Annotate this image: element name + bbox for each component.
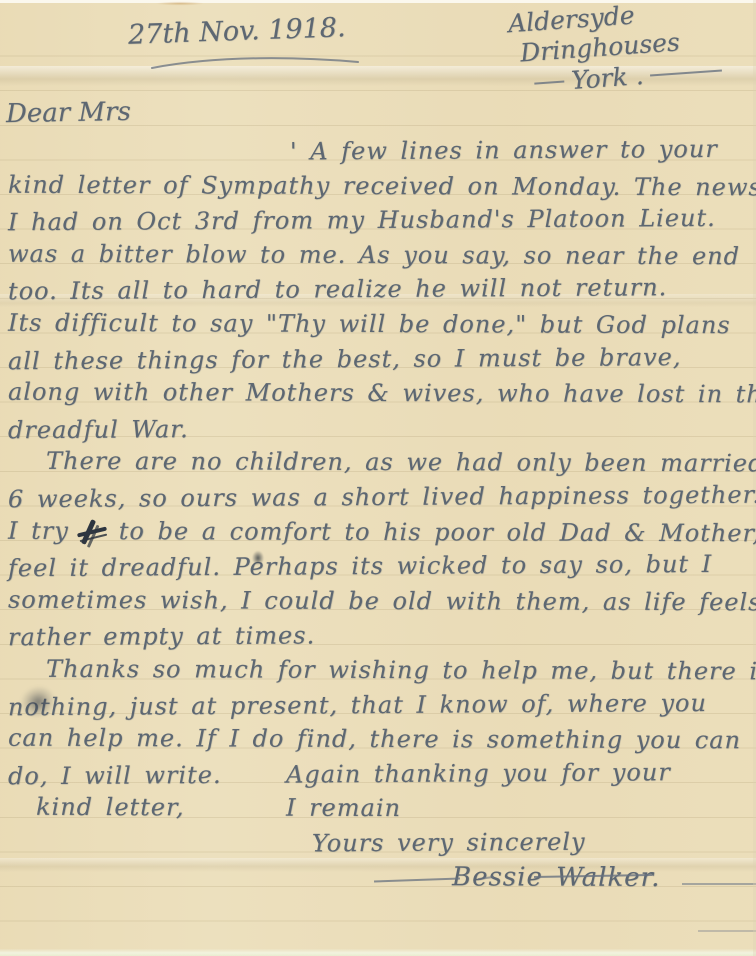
signature-flourish: [374, 874, 660, 886]
letter-line: I tryto be a comfort to his poor old Dad…: [8, 513, 750, 550]
closing-left: kind letter,: [36, 793, 185, 822]
letter-line: 6 weeks, so ours was a short lived happi…: [8, 478, 750, 517]
closing-line: do, I will write. Again thanking you for…: [8, 754, 750, 793]
flourish-dash: [534, 80, 564, 84]
letter-line: Thanks so much for wishing to help me, b…: [8, 652, 750, 689]
closing-line: kind letter, I remain: [8, 790, 750, 827]
letter-date: 27th Nov. 1918.: [128, 12, 347, 51]
letter-line: sometimes wish, I could be old with them…: [8, 582, 750, 619]
letter-line: rather empty at times.: [8, 616, 750, 655]
letter-line: ' A few lines in answer to your: [8, 132, 750, 171]
letter-line: dreadful War.: [8, 408, 750, 447]
letter-line: There are no children, as we had only be…: [8, 444, 750, 481]
letter-line: nothing, just at present, that I know of…: [8, 685, 750, 724]
letter-line: all these things for the best, so I must…: [8, 339, 750, 378]
address-city: York .: [570, 61, 644, 95]
closing-right: I remain: [286, 791, 401, 826]
letter-line: was a bitter blow to me. As you say, so …: [8, 236, 750, 273]
letter-line: can help me. If I do find, there is some…: [8, 721, 750, 758]
paper-stain: [150, 1, 210, 6]
date-underline-flourish: [150, 52, 362, 72]
flourish-dash: [478, 876, 494, 880]
crossed-out-word: [73, 520, 111, 542]
sender-address: Aldersyde Dringhouses York .: [495, 0, 731, 100]
letter-line: along with other Mothers & wives, who ha…: [8, 375, 750, 412]
letter-line-text: I try: [8, 516, 69, 544]
letter-line-text: to be a comfort to his poor old Dad & Mo…: [119, 517, 756, 547]
ruled-line-fragment: [698, 930, 756, 932]
ink-overwrite-mark: [250, 548, 266, 568]
letter-body: ' A few lines in answer to your kind let…: [8, 134, 750, 895]
letter-line: kind letter of Sympathy received on Mond…: [8, 167, 750, 204]
flourish-dash: [534, 874, 652, 878]
closing-right: Again thanking you for your: [286, 755, 671, 792]
letter-line: too. Its all to hard to realize he will …: [8, 270, 750, 309]
flourish-dash: [374, 877, 460, 882]
letter-line: I had on Oct 3rd from my Husband's Plato…: [8, 201, 750, 240]
valediction: Yours very sincerely: [8, 824, 750, 863]
letter-line: feel it dreadful. Perhaps its wicked to …: [8, 547, 750, 586]
letter-page: 27th Nov. 1918. Aldersyde Dringhouses Yo…: [0, 0, 756, 956]
closing-left: do, I will write.: [8, 761, 222, 790]
flourish-dash: [650, 69, 722, 76]
letter-line: Its difficult to say "Thy will be done,"…: [8, 306, 750, 343]
scan-edge-bottom: [0, 949, 756, 956]
salutation: Dear Mrs: [6, 97, 131, 129]
